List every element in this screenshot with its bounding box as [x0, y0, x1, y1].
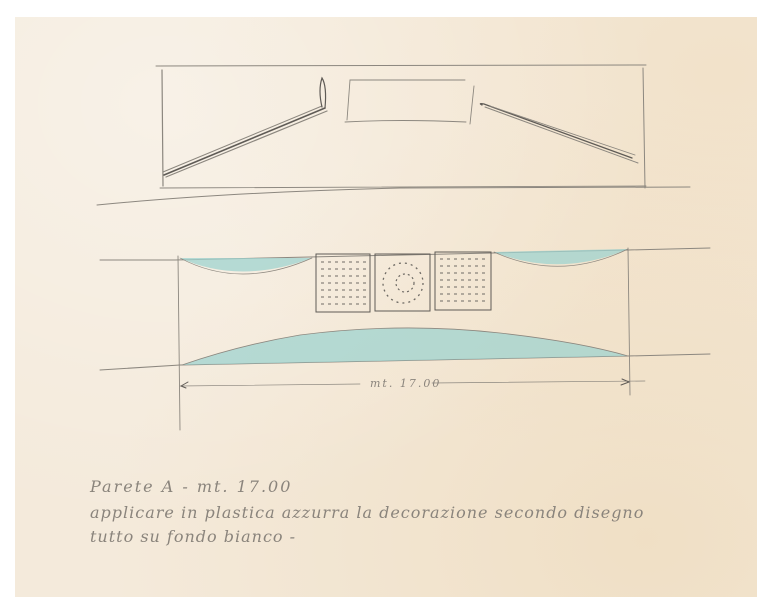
- top-right-blue-lens: [494, 249, 628, 264]
- annotation-line-2: tutto su fondo bianco -: [90, 527, 296, 546]
- annotation-line-1: applicare in plastica azzurra la decoraz…: [90, 503, 644, 522]
- top-view: [97, 65, 690, 205]
- top-left-blue-lens: [180, 258, 312, 272]
- dimension-label: mt. 17.00: [370, 377, 441, 390]
- elevation-view: [100, 248, 710, 430]
- bottom-blue-arc: [182, 328, 628, 365]
- annotation-title: Parete A - mt. 17.00: [90, 477, 292, 496]
